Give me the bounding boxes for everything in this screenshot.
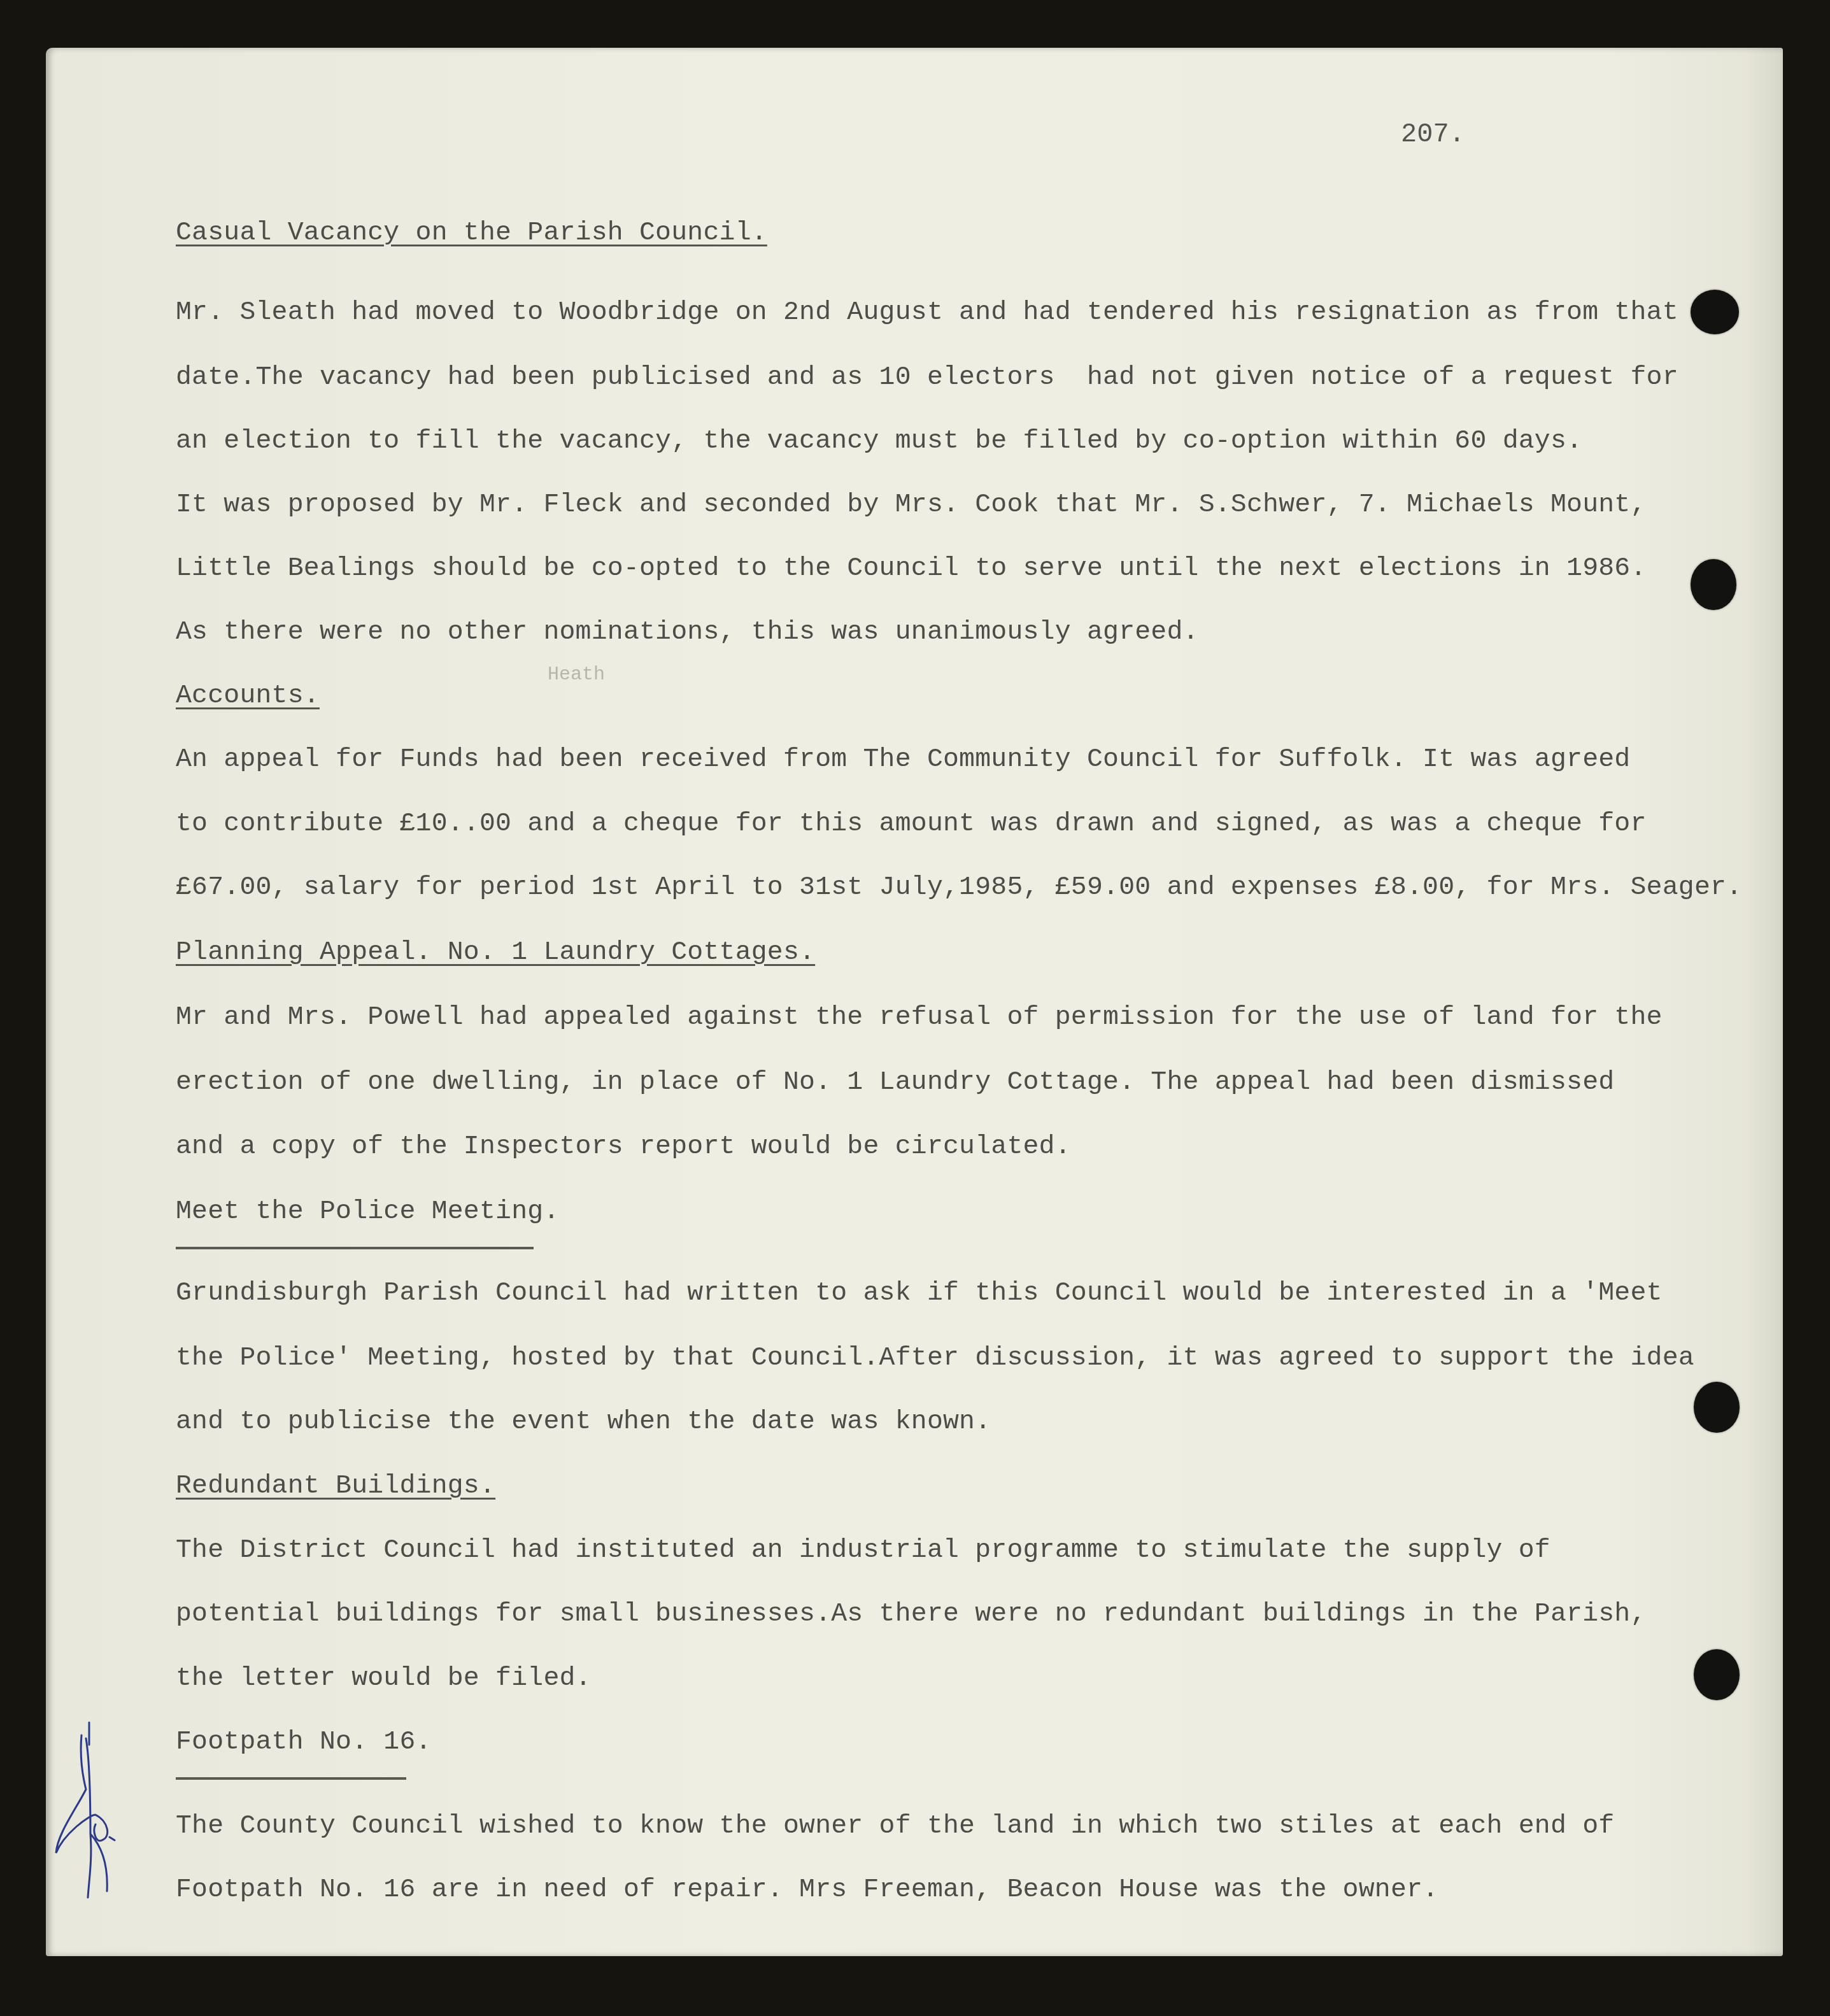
paragraph-line: date.The vacancy had been publicised and… bbox=[176, 361, 1678, 394]
heading-rule bbox=[176, 1777, 406, 1780]
paragraph-line: The County Council wished to know the ow… bbox=[176, 1810, 1614, 1843]
paragraph-line: and to publicise the event when the date… bbox=[176, 1405, 991, 1438]
section-heading-meet-the-police: Meet the Police Meeting. bbox=[176, 1195, 560, 1228]
heading-rule bbox=[176, 1247, 534, 1249]
paragraph-line: An appeal for Funds had been received fr… bbox=[176, 743, 1630, 776]
show-through-text: Heath bbox=[548, 662, 605, 688]
paragraph-line: Mr. Sleath had moved to Woodbridge on 2n… bbox=[176, 296, 1678, 329]
paragraph-line: £67.00, salary for period 1st April to 3… bbox=[176, 871, 1742, 904]
section-heading-redundant-buildings: Redundant Buildings. bbox=[176, 1470, 495, 1503]
paragraph-line: to contribute £10..00 and a cheque for t… bbox=[176, 807, 1647, 841]
paragraph-line: The District Council had instituted an i… bbox=[176, 1534, 1550, 1567]
paragraph-line: Footpath No. 16 are in need of repair. M… bbox=[176, 1873, 1438, 1906]
punch-hole bbox=[1691, 290, 1739, 334]
section-heading-casual-vacancy: Casual Vacancy on the Parish Council. bbox=[176, 217, 767, 250]
paragraph-line: erection of one dwelling, in place of No… bbox=[176, 1066, 1614, 1099]
punch-hole bbox=[1694, 1382, 1740, 1433]
paragraph-line: the letter would be filed. bbox=[176, 1662, 592, 1695]
punch-hole bbox=[1691, 559, 1736, 610]
section-heading-footpath: Footpath No. 16. bbox=[176, 1726, 432, 1759]
paragraph-line: Grundisburgh Parish Council had written … bbox=[176, 1277, 1663, 1310]
paragraph-line: potential buildings for small businesses… bbox=[176, 1598, 1647, 1631]
paragraph-line: the Police' Meeting, hosted by that Coun… bbox=[176, 1342, 1694, 1375]
punch-hole bbox=[1694, 1649, 1740, 1700]
paragraph-line: As there were no other nominations, this… bbox=[176, 616, 1199, 649]
section-heading-planning-appeal: Planning Appeal. No. 1 Laundry Cottages. bbox=[176, 936, 815, 969]
signature-initials-icon bbox=[51, 1719, 146, 1904]
paragraph-line: an election to fill the vacancy, the vac… bbox=[176, 425, 1582, 458]
paragraph-line: Mr and Mrs. Powell had appealed against … bbox=[176, 1001, 1663, 1034]
section-heading-accounts: Accounts. bbox=[176, 679, 320, 713]
paragraph-line: It was proposed by Mr. Fleck and seconde… bbox=[176, 488, 1647, 522]
paragraph-line: and a copy of the Inspectors report woul… bbox=[176, 1130, 1071, 1163]
paragraph-line: Little Bealings should be co-opted to th… bbox=[176, 552, 1647, 585]
page-number: 207. bbox=[1401, 118, 1465, 151]
